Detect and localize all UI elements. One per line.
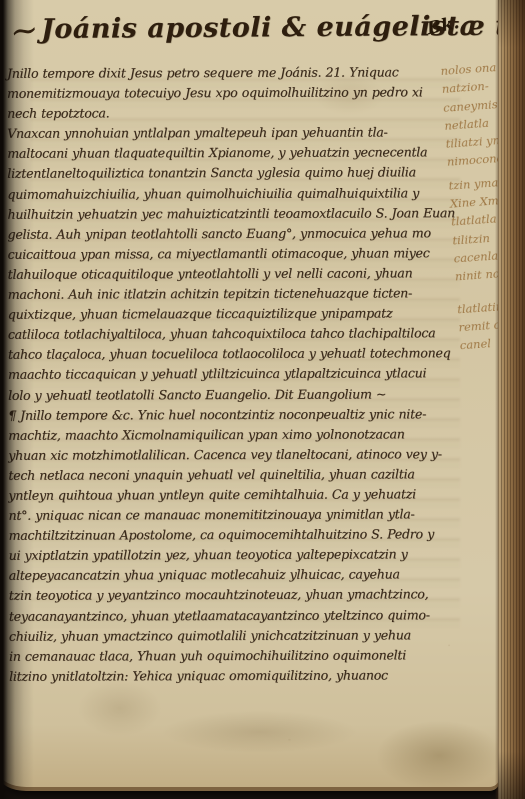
manuscript-text-line: tech netlaca neconi ynaquin yehuatl vel … [8, 464, 440, 486]
manuscript-text-line: huilhuitzin yehuatzin yec mahuizticatzin… [7, 203, 439, 225]
page-heading: ∼Joánis apostoli & euágelistæ thema. [10, 12, 480, 60]
book-fore-edge [498, 0, 525, 799]
manuscript-text-line: quimomahuizchiuilia, yhuan quimolhuichiu… [7, 183, 439, 205]
manuscript-text-line: maachto ticcaquican y yehuatl ytliltzicu… [8, 364, 440, 386]
manuscript-text-block: Jnillo tempore dixit Jesus petro sequere… [7, 62, 441, 686]
manuscript-text-line: yntleyn quihtoua yhuan yntleyn quite cem… [8, 484, 440, 506]
manuscript-text-line: altepeyacancatzin yhua yniquac motlecahu… [9, 565, 441, 587]
manuscript-text-line: quixtizque, yhuan ticmelauazque ticcaqui… [8, 303, 440, 325]
manuscript-text-line: litzino ynitlatoltzin: Yehica yniquac om… [9, 665, 441, 687]
manuscript-text-line: gelista. Auh ynipan teotlahtolli sancto … [7, 223, 439, 245]
manuscript-text-line: catliloca totlachiyaltiloca, yhuan tahco… [8, 323, 440, 345]
manuscript-text-line: Vnaxcan ynnohuian yntlalpan ymaltepeuh i… [7, 123, 439, 145]
manuscript-text-line: tahco tlaçaloca, yhuan tocueliloca totla… [8, 344, 440, 366]
manuscript-text-line: tzin teoyotica y yeyantzinco mocauhtzino… [9, 585, 441, 607]
flourish-icon: ∼ [8, 12, 41, 50]
manuscript-photo: { "page": { "title_flourish": "∼", "titl… [0, 0, 525, 799]
manuscript-text-line: in cemanauac tlaca, Yhuan yuh oquimochih… [9, 645, 441, 667]
manuscript-text-line: Jnillo tempore dixit Jesus petro sequere… [7, 62, 439, 84]
manuscript-text-line: machtiltzitzinuan Apostolome, ca oquimoc… [9, 524, 441, 546]
manuscript-text-line: ui yxiptlatzin ypatillotzin yez, yhuan t… [9, 544, 441, 566]
manuscript-text-line: liztentlaneltoquiliztica tonantzin Sanct… [7, 163, 439, 185]
manuscript-text-line: nech tepotztoca. [7, 102, 439, 124]
manuscript-text-line: lolo y yehuatl teotlatolli Sancto Euange… [8, 384, 440, 406]
manuscript-text-line: machoni. Auh inic itlatzin achitzin tepi… [8, 283, 440, 305]
manuscript-text-line: cuicaittoua ypan missa, ca miyectlamantl… [8, 243, 440, 265]
manuscript-text-line: chiuiliz, yhuan ymactzinco quimotlalili … [9, 625, 441, 647]
manuscript-text-line: tlahuiloque oticaquitiloque ynteotlahtol… [8, 263, 440, 285]
manuscript-text-line: monemitizmouaya totecuiyo Jesu xpo oquim… [7, 82, 439, 104]
manuscript-text-line: nt°. yniquac nican ce manauac monemititz… [8, 504, 440, 526]
manuscript-page: ∼Joánis apostoli & euágelistæ thema. Bk.… [0, 0, 499, 787]
manuscript-text-line: maltocani yhuan tlaquatequiltin Xpianome… [7, 143, 439, 165]
manuscript-text-line: ¶ Jnillo tempore &c. Ynic huel nocontzin… [8, 404, 440, 426]
manuscript-text-line: teyacanayantzinco, yhuan ytetlaamatacaya… [9, 605, 441, 627]
manuscript-text-line: yhuan xic motzhimotlalilican. Cacenca ve… [8, 444, 440, 466]
manuscript-text-line: machtiz, maachto Xicmolnamiquilican ypan… [8, 424, 440, 446]
